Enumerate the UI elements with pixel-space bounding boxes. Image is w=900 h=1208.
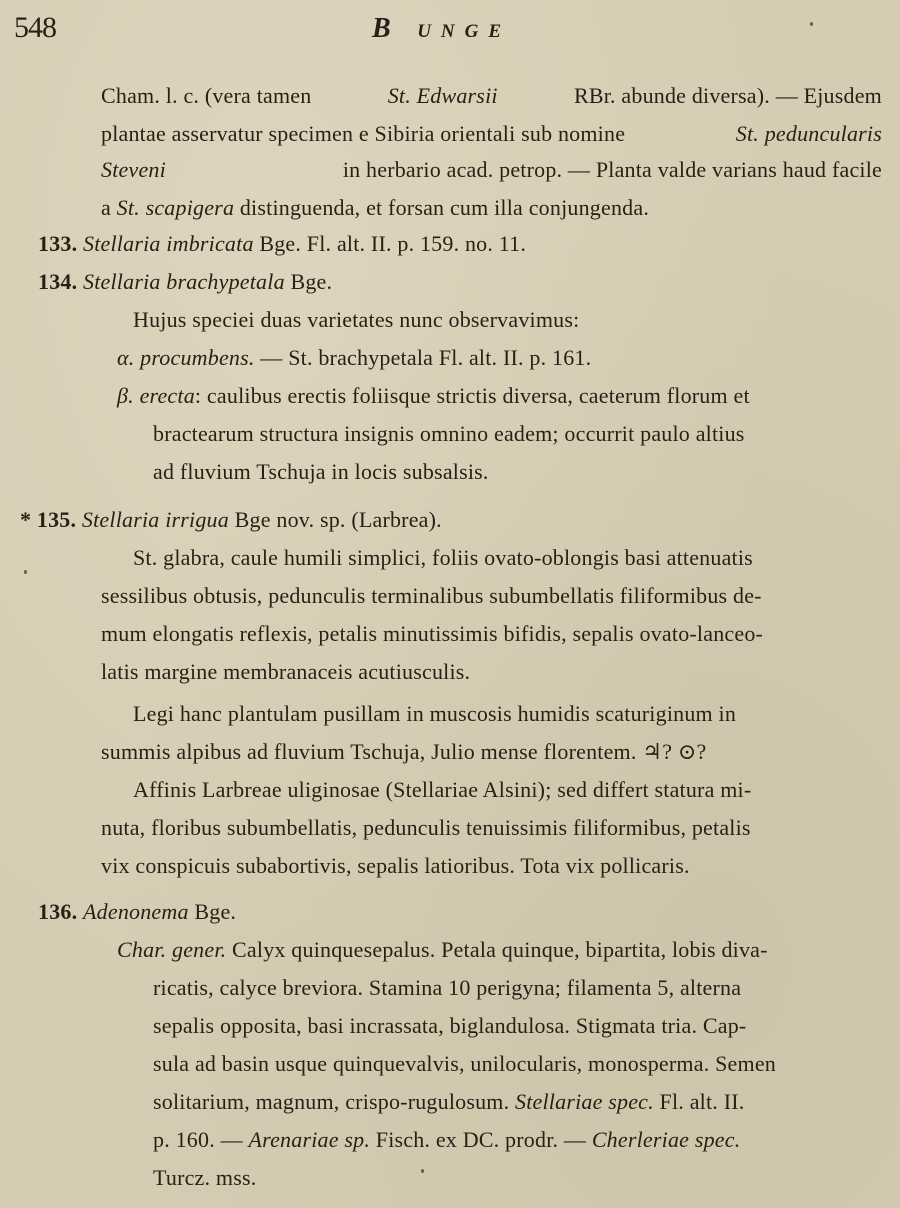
taxon-name: Stellaria brachypetala: [83, 269, 285, 294]
variety-alpha: α. procumbens. — St. brachypetala Fl. al…: [117, 344, 591, 372]
diagnosis-line-2: sessilibus obtusis, pedunculis terminali…: [101, 582, 762, 610]
affinity-line-2: nuta, floribus subumbellatis, pedunculis…: [101, 814, 751, 842]
continuation-line-3: Steveni in herbario acad. petrop. — Plan…: [101, 156, 882, 184]
taxon-name: Adenonema: [83, 899, 189, 924]
generic-character-line-4: sula ad basin usque quinquevalvis, unilo…: [153, 1050, 776, 1078]
running-head: B UNGE: [372, 12, 511, 49]
running-head-initial: B: [372, 13, 401, 44]
habitat-line-1: Legi hanc plantulam pusillam in muscosis…: [133, 700, 736, 728]
synonym-cherleriae: Cherleriae spec.: [592, 1127, 741, 1152]
entry-number: 133.: [38, 231, 77, 256]
continuation-line-1: Cham. l. c. (vera tamen St. Edwarsii RBr…: [101, 82, 882, 110]
entry-134-intro: Hujus speciei duas varietates nunc obser…: [133, 306, 579, 334]
entry-133: 133. Stellaria imbricata Bge. Fl. alt. I…: [38, 230, 526, 258]
taxon-name: Stellaria imbricata: [83, 231, 254, 256]
entry-citation: Bge. Fl. alt. II. p. 159. no. 11.: [254, 231, 526, 256]
entry-134: 134. Stellaria brachypetala Bge.: [38, 268, 332, 296]
variety-beta-line-3: ad fluvium Tschuja in locis subsalsis.: [153, 458, 489, 486]
annual-sun-symbol-icon: ⊙?: [678, 739, 707, 764]
scan-speck: [24, 570, 27, 574]
book-page: 548 B UNGE Cham. l. c. (vera tamen St. E…: [0, 0, 900, 1208]
entry-citation: Bge nov. sp. (Larbrea).: [229, 507, 442, 532]
synonym-arenariae: Arenariae sp.: [249, 1127, 371, 1152]
perennial-jupiter-symbol-icon: ♃?: [642, 739, 672, 764]
diagnosis-line-1: St. glabra, caule humili simplici, folii…: [133, 544, 753, 572]
affinity-line-1: Affinis Larbreae uliginosae (Stellariae …: [133, 776, 751, 804]
entry-number: 135.: [37, 507, 76, 532]
variety-beta-line-2: bractearum structura insignis omnino ead…: [153, 420, 745, 448]
variety-name: erecta: [140, 383, 195, 408]
variety-beta-line-1: β. erecta: caulibus erectis foliisque st…: [117, 382, 882, 410]
page-number: 548: [14, 10, 56, 46]
generic-character-line-5: solitarium, magnum, crispo-rugulosum. St…: [153, 1088, 744, 1116]
affinity-line-3: vix conspicuis subabortivis, sepalis lat…: [101, 852, 690, 880]
entry-number: 134.: [38, 269, 77, 294]
entry-number: 136.: [38, 899, 77, 924]
entry-136: 136. Adenonema Bge.: [38, 898, 236, 926]
variety-label: β.: [117, 383, 134, 408]
diagnosis-line-3: mum elongatis reflexis, petalis minutiss…: [101, 620, 763, 648]
entry-citation: Bge.: [285, 269, 332, 294]
new-species-asterisk: *: [20, 507, 31, 532]
generic-character-line-6: p. 160. — Arenariae sp. Fisch. ex DC. pr…: [153, 1126, 740, 1154]
generic-character-line-1: Char. gener. Calyx quinquesepalus. Petal…: [117, 936, 768, 964]
continuation-line-2: plantae asservatur specimen e Sibiria or…: [101, 120, 882, 148]
entry-citation: Bge.: [189, 899, 236, 924]
entry-135: * 135. Stellaria irrigua Bge nov. sp. (L…: [20, 506, 442, 534]
habitat-line-2: summis alpibus ad fluvium Tschuja, Julio…: [101, 738, 706, 766]
diagnosis-line-4: latis margine membranaceis acutiusculis.: [101, 658, 470, 686]
generic-character-line-3: sepalis opposita, basi incrassata, bigla…: [153, 1012, 746, 1040]
scan-speck: [421, 1169, 424, 1173]
char-gener-label: Char. gener.: [117, 937, 226, 962]
scan-speck: [810, 22, 813, 26]
variety-name: procumbens.: [140, 345, 254, 370]
generic-character-line-7: Turcz. mss.: [153, 1164, 256, 1192]
generic-character-line-2: ricatis, calyce breviora. Stamina 10 per…: [153, 974, 741, 1002]
synonym-stellariae: Stellariae spec.: [515, 1089, 654, 1114]
continuation-line-4: a St. scapigera distinguenda, et forsan …: [101, 194, 649, 222]
taxon-name: Stellaria irrigua: [82, 507, 229, 532]
running-head-rest: UNGE: [417, 21, 511, 42]
variety-text: — St. brachypetala Fl. alt. II. p. 161.: [255, 345, 592, 370]
variety-label: α.: [117, 345, 134, 370]
